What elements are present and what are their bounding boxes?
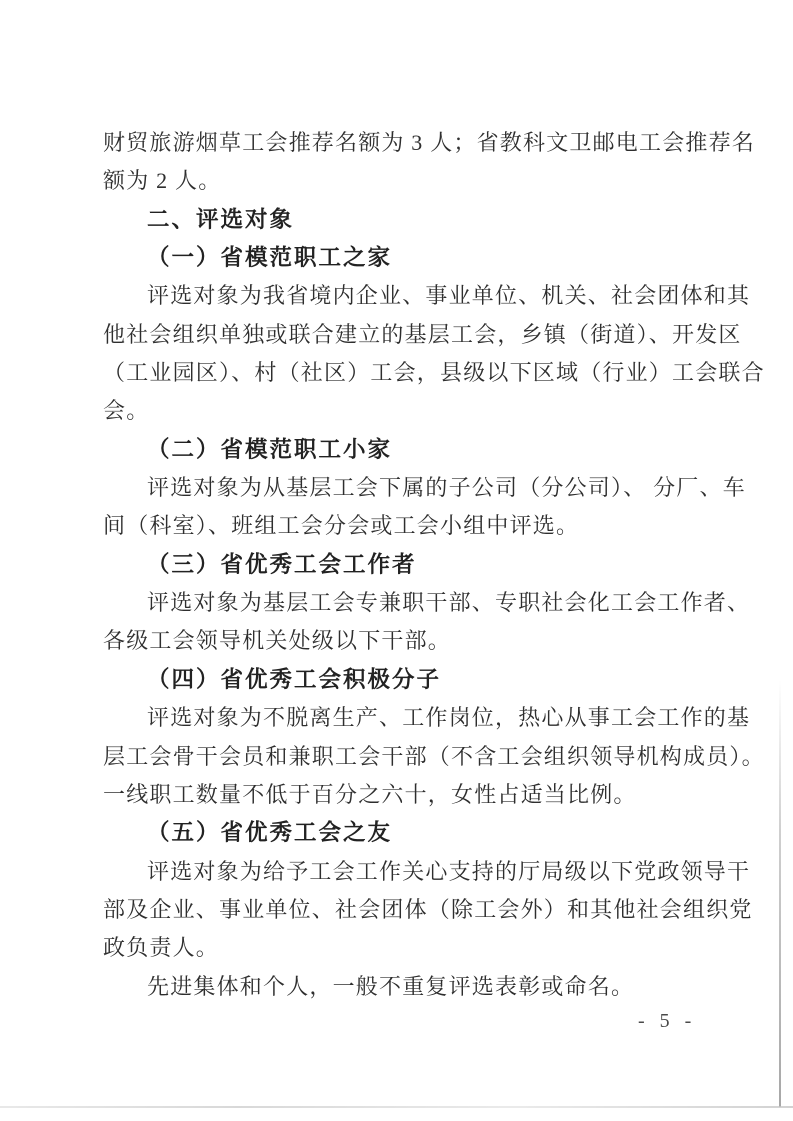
text-line: 财贸旅游烟草工会推荐名额为 3 人；省教科文卫邮电工会推荐名 [103, 124, 715, 162]
text-line: 间（科室）、班组工会分会或工会小组中评选。 [103, 507, 715, 545]
text-line: 一线职工数量不低于百分之六十，女性占适当比例。 [103, 776, 715, 814]
text-line: 层工会骨干会员和兼职工会干部（不含工会组织领导机构成员）。 [103, 738, 715, 776]
subsection-heading: （五）省优秀工会之友 [103, 814, 715, 852]
text-line: 评选对象为基层工会专兼职干部、专职社会化工会工作者、 [103, 584, 715, 622]
text-line: 评选对象为不脱离生产、工作岗位，热心从事工会工作的基 [103, 699, 715, 737]
page-number: - 5 - [638, 1010, 696, 1033]
subsection-heading: （一）省模范职工之家 [103, 239, 715, 277]
scan-edge-right-line [779, 680, 781, 1107]
text-line: 先进集体和个人，一般不重复评选表彰或命名。 [103, 968, 715, 1006]
document-body: 财贸旅游烟草工会推荐名额为 3 人；省教科文卫邮电工会推荐名额为 2 人。二、评… [103, 124, 715, 1006]
section-heading: 二、评选对象 [103, 201, 715, 239]
scan-edge-bottom-line [0, 1106, 793, 1108]
text-line: （工业园区）、村（社区）工会，县级以下区域（行业）工会联合 [103, 354, 715, 392]
text-line: 额为 2 人。 [103, 162, 715, 200]
text-line: 部及企业、事业单位、社会团体（除工会外）和其他社会组织党 [103, 891, 715, 929]
subsection-heading: （三）省优秀工会工作者 [103, 546, 715, 584]
text-line: 他社会组织单独或联合建立的基层工会，乡镇（街道）、开发区 [103, 316, 715, 354]
subsection-heading: （四）省优秀工会积极分子 [103, 661, 715, 699]
text-line: 政负责人。 [103, 929, 715, 967]
document-page: 财贸旅游烟草工会推荐名额为 3 人；省教科文卫邮电工会推荐名额为 2 人。二、评… [0, 0, 793, 1121]
text-line: 评选对象为从基层工会下属的子公司（分公司）、 分厂、车 [103, 469, 715, 507]
text-line: 会。 [103, 392, 715, 430]
text-line: 评选对象为给予工会工作关心支持的厅局级以下党政领导干 [103, 853, 715, 891]
subsection-heading: （二）省模范职工小家 [103, 431, 715, 469]
text-line: 各级工会领导机关处级以下干部。 [103, 622, 715, 660]
text-line: 评选对象为我省境内企业、事业单位、机关、社会团体和其 [103, 277, 715, 315]
